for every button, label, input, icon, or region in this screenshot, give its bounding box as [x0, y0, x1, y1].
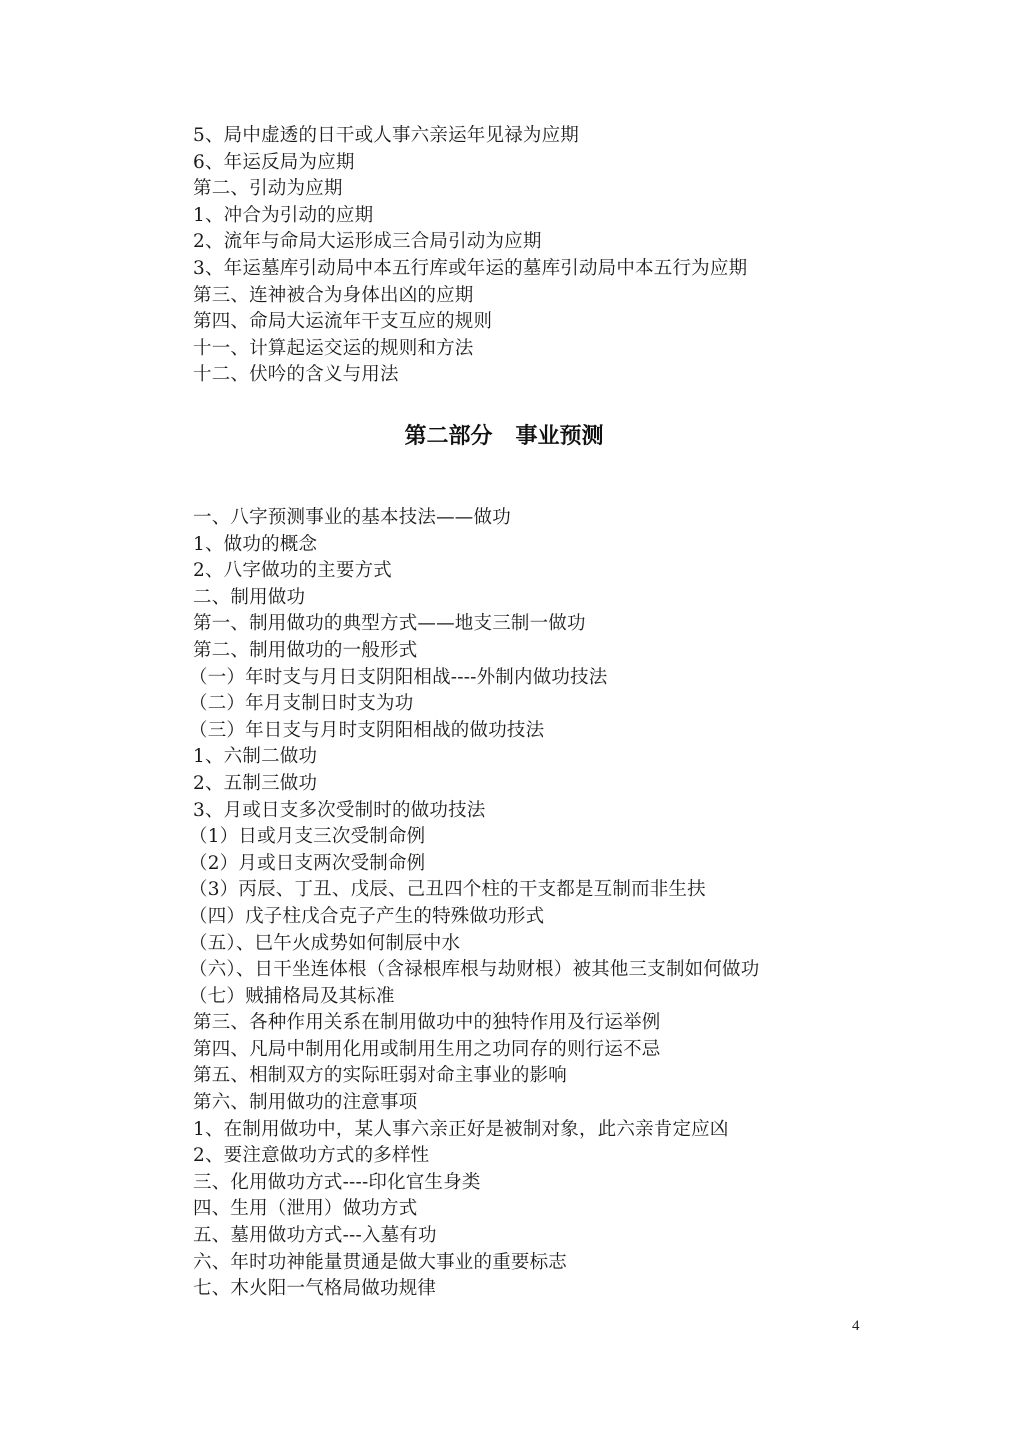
toc-line: 五、墓用做功方式---入墓有功	[193, 1223, 759, 1250]
toc-line: 1、做功的概念	[193, 532, 759, 559]
toc-line: 2、流年与命局大运形成三合局引动为应期	[193, 229, 747, 256]
document-page: 5、局中虚透的日干或人事六亲运年见禄为应期 6、年运反局为应期 第二、引动为应期…	[0, 0, 1018, 1440]
toc-line: （四）戊子柱戊合克子产生的特殊做功形式	[189, 904, 759, 931]
toc-line: 第四、命局大运流年干支互应的规则	[193, 309, 747, 336]
toc-line: 十一、计算起运交运的规则和方法	[193, 336, 747, 363]
toc-line: 第二、制用做功的一般形式	[193, 638, 759, 665]
page-number: 4	[852, 1318, 860, 1335]
toc-line: 第五、相制双方的实际旺弱对命主事业的影响	[193, 1063, 759, 1090]
toc-line: 2、五制三做功	[193, 771, 759, 798]
toc-line: 四、生用（泄用）做功方式	[193, 1196, 759, 1223]
toc-line: 第三、连神被合为身体出凶的应期	[193, 283, 747, 310]
toc-line: （2）月或日支两次受制命例	[189, 851, 759, 878]
toc-line: 七、木火阳一气格局做功规律	[193, 1276, 759, 1303]
toc-line: （六）、日干坐连体根（含禄根库根与劫财根）被其他三支制如何做功	[189, 957, 759, 984]
toc-line: 1、在制用做功中，某人事六亲正好是被制对象，此六亲肯定应凶	[193, 1117, 759, 1144]
toc-line: （3）丙辰、丁丑、戊辰、己丑四个柱的干支都是互制而非生扶	[189, 877, 759, 904]
toc-line: （一）年时支与月日支阴阳相战----外制内做功技法	[189, 665, 759, 692]
toc-line: 二、制用做功	[193, 585, 759, 612]
section-heading: 第二部分 事业预测	[0, 420, 1018, 454]
toc-block-career-prediction: 一、八字预测事业的基本技法——做功 1、做功的概念 2、八字做功的主要方式 二、…	[193, 505, 759, 1303]
toc-line: 第一、制用做功的典型方式——地支三制一做功	[193, 611, 759, 638]
toc-line: 5、局中虚透的日干或人事六亲运年见禄为应期	[193, 123, 747, 150]
toc-line: 第三、各种作用关系在制用做功中的独特作用及行运举例	[193, 1010, 759, 1037]
toc-line: 3、年运墓库引动局中本五行库或年运的墓库引动局中本五行为应期	[193, 256, 747, 283]
toc-line: （七）贼捕格局及其标准	[189, 984, 759, 1011]
toc-line: （五）、巳午火成势如何制辰中水	[189, 931, 759, 958]
toc-line: 3、月或日支多次受制时的做功技法	[193, 798, 759, 825]
toc-line: 第二、引动为应期	[193, 176, 747, 203]
toc-line: 1、冲合为引动的应期	[193, 203, 747, 230]
toc-line: （二）年月支制日时支为功	[189, 691, 759, 718]
toc-line: 2、要注意做功方式的多样性	[193, 1143, 759, 1170]
toc-line: 一、八字预测事业的基本技法——做功	[193, 505, 759, 532]
toc-line: 三、化用做功方式----印化官生身类	[193, 1170, 759, 1197]
toc-block-previous-section: 5、局中虚透的日干或人事六亲运年见禄为应期 6、年运反局为应期 第二、引动为应期…	[193, 123, 747, 389]
toc-line: 十二、伏吟的含义与用法	[193, 362, 747, 389]
toc-line: 第四、凡局中制用化用或制用生用之功同存的则行运不忌	[193, 1037, 759, 1064]
toc-line: 6、年运反局为应期	[193, 150, 747, 177]
toc-line: （1）日或月支三次受制命例	[189, 824, 759, 851]
toc-line: 第六、制用做功的注意事项	[193, 1090, 759, 1117]
toc-line: 1、六制二做功	[193, 744, 759, 771]
toc-line: 2、八字做功的主要方式	[193, 558, 759, 585]
toc-line: （三）年日支与月时支阴阳相战的做功技法	[189, 718, 759, 745]
toc-line: 六、年时功神能量贯通是做大事业的重要标志	[193, 1250, 759, 1277]
